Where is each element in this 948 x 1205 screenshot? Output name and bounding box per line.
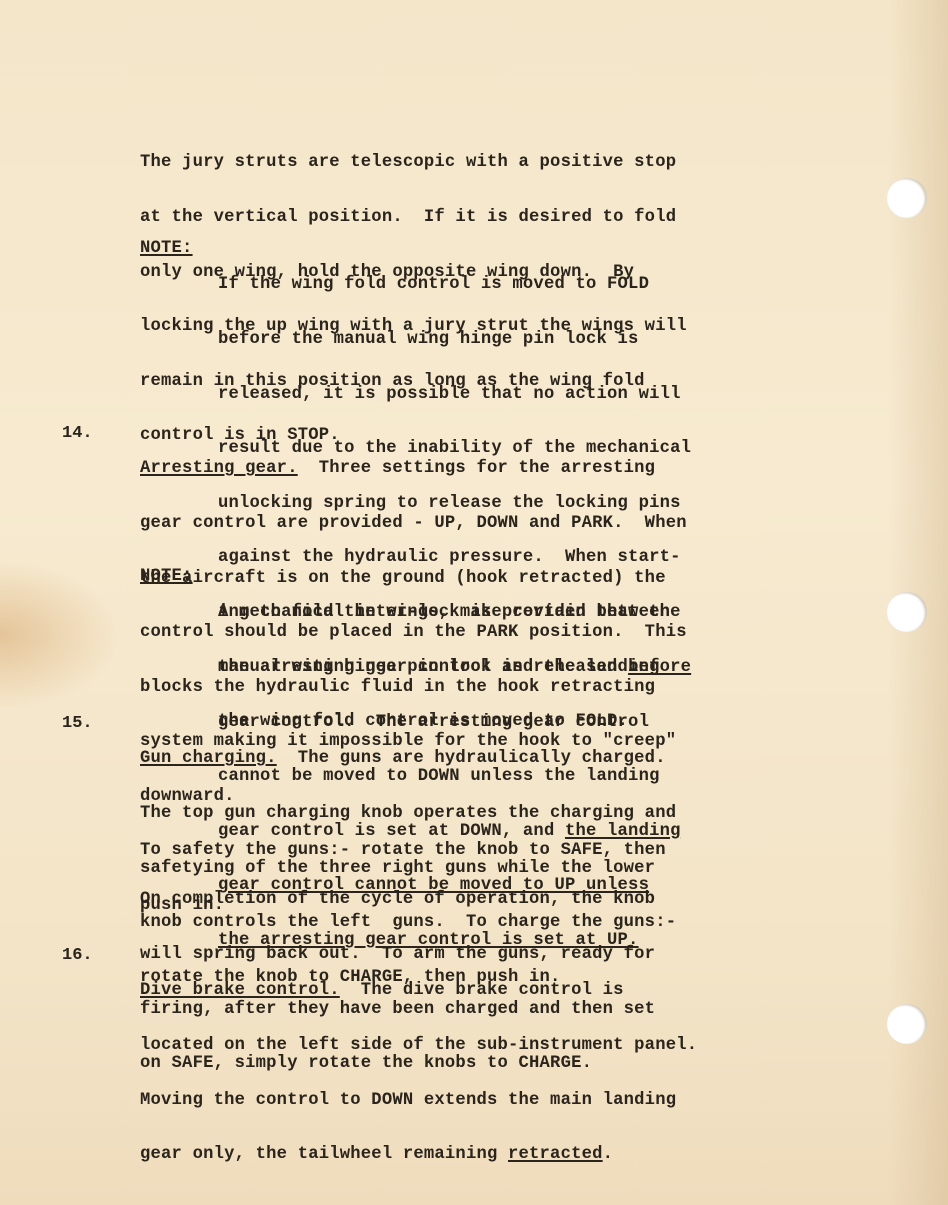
text-line: If the wing fold control is moved to FOL… xyxy=(218,276,691,294)
punch-hole-top xyxy=(887,178,927,218)
text-span: . xyxy=(603,1145,614,1164)
text-line: located on the left side of the sub-inst… xyxy=(140,1037,697,1055)
text-line: Dive brake control. The dive brake contr… xyxy=(140,982,697,1000)
text-line: gear control are provided - UP, DOWN and… xyxy=(140,515,687,533)
text-span: The dive brake control is xyxy=(340,981,624,1000)
text-line: Moving the control to DOWN extends the m… xyxy=(140,1092,697,1110)
text-line: Arresting gear. Three settings for the a… xyxy=(140,460,687,478)
emphasis-retracted: retracted xyxy=(508,1145,603,1164)
punch-hole-middle xyxy=(887,592,927,632)
punch-hole-bottom xyxy=(887,1004,927,1044)
section-heading: Dive brake control. xyxy=(140,981,340,1000)
text-line: On completion of the cycle of operation,… xyxy=(140,891,655,909)
text-line: before the manual wing hinge pin lock is xyxy=(218,331,691,349)
section-heading: Arresting gear. xyxy=(140,459,298,478)
paper-stain xyxy=(0,560,120,710)
section-dive-brake: Dive brake control. The dive brake contr… xyxy=(140,946,697,1201)
text-line: gear only, the tailwheel remaining retra… xyxy=(140,1146,697,1164)
text-line: Gun charging. The guns are hydraulically… xyxy=(140,750,676,768)
note-label: NOTE: xyxy=(140,568,193,586)
text-span: The guns are hydraulically charged. xyxy=(277,749,666,768)
section-number: 15. xyxy=(62,714,93,733)
bleed-through-header xyxy=(92,78,242,92)
text-span: Three settings for the arresting xyxy=(298,459,655,478)
section-number: 14. xyxy=(62,424,93,443)
text-line: The jury struts are telescopic with a po… xyxy=(140,154,687,172)
text-line: the arresting gear control and the landi… xyxy=(218,659,681,677)
text-span: gear only, the tailwheel remaining xyxy=(140,1145,508,1164)
text-line: released, it is possible that no action … xyxy=(218,386,691,404)
text-line: at the vertical position. If it is desir… xyxy=(140,209,687,227)
section-heading: Gun charging. xyxy=(140,749,277,768)
section-number: 16. xyxy=(62,946,93,965)
document-page: The jury struts are telescopic with a po… xyxy=(0,0,948,1205)
note-label: NOTE: xyxy=(140,240,193,258)
text-line: A mechanical inter-lock is provided betw… xyxy=(218,604,681,622)
